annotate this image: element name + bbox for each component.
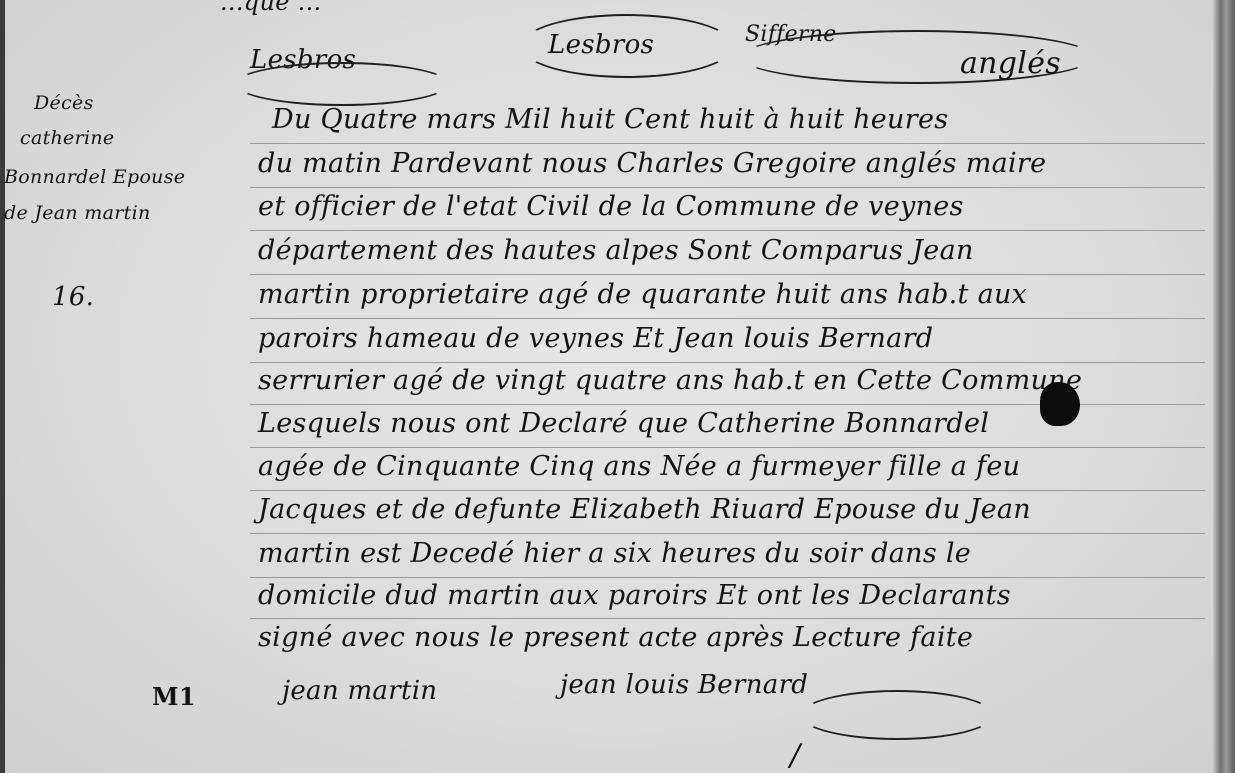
ruled-line [250, 577, 1205, 578]
body-line-11: martin est Decedé hier a six heures du s… [258, 538, 971, 569]
ruled-line [250, 187, 1205, 188]
body-line-8: Lesquels nous ont Declaré que Catherine … [258, 408, 989, 439]
record-number: 16. [52, 282, 94, 312]
signature-angles: anglés [960, 46, 1061, 81]
ruled-line [250, 230, 1205, 231]
body-line-12: domicile dud martin aux paroirs Et ont l… [258, 580, 1011, 611]
signature-flourish [235, 62, 449, 106]
ruled-line [250, 618, 1205, 619]
body-line-1: Du Quatre mars Mil huit Cent huit à huit… [272, 104, 948, 135]
ruled-line [250, 274, 1205, 275]
register-page: ...que ... Lesbros Lesbros Sifferne angl… [0, 0, 1235, 773]
body-line-6: paroirs hameau de veynes Et Jean louis B… [258, 323, 933, 354]
body-line-2: du matin Pardevant nous Charles Gregoire… [258, 148, 1046, 179]
page-binding [1213, 0, 1235, 773]
signature-jean-louis-bernard: jean louis Bernard [560, 670, 808, 700]
ruled-line [250, 447, 1205, 448]
body-line-10: Jacques et de defunte Elizabeth Riuard E… [258, 494, 1031, 525]
signature-jean-martin: jean martin [282, 676, 437, 706]
body-line-9: agée de Cinquante Cinq ans Née a furmeye… [258, 451, 1020, 482]
page-left-edge [0, 0, 5, 773]
margin-note-title: Décès [34, 92, 94, 114]
signature-flourish [520, 14, 734, 78]
ruled-line [250, 533, 1205, 534]
signature-flourish [800, 690, 994, 740]
header-fragment: ...que ... [220, 0, 321, 16]
margin-note-line: catherine [20, 127, 114, 149]
ruled-line [250, 490, 1205, 491]
footer-fragment: / [790, 738, 800, 773]
body-line-4: département des hautes alpes Sont Compar… [258, 235, 974, 266]
ink-blot [1040, 382, 1080, 426]
ruled-line [250, 143, 1205, 144]
margin-mark: M1 [152, 682, 196, 711]
body-line-3: et officier de l'etat Civil de la Commun… [258, 191, 964, 222]
body-line-7: serrurier agé de vingt quatre ans hab.t … [258, 365, 1082, 396]
margin-note-line: de Jean martin [4, 202, 151, 224]
margin-note-line: Bonnardel Epouse [4, 166, 185, 188]
ruled-line [250, 362, 1205, 363]
ruled-line [250, 318, 1205, 319]
body-line-5: martin proprietaire agé de quarante huit… [258, 279, 1027, 310]
body-line-13: signé avec nous le present acte après Le… [258, 622, 973, 653]
